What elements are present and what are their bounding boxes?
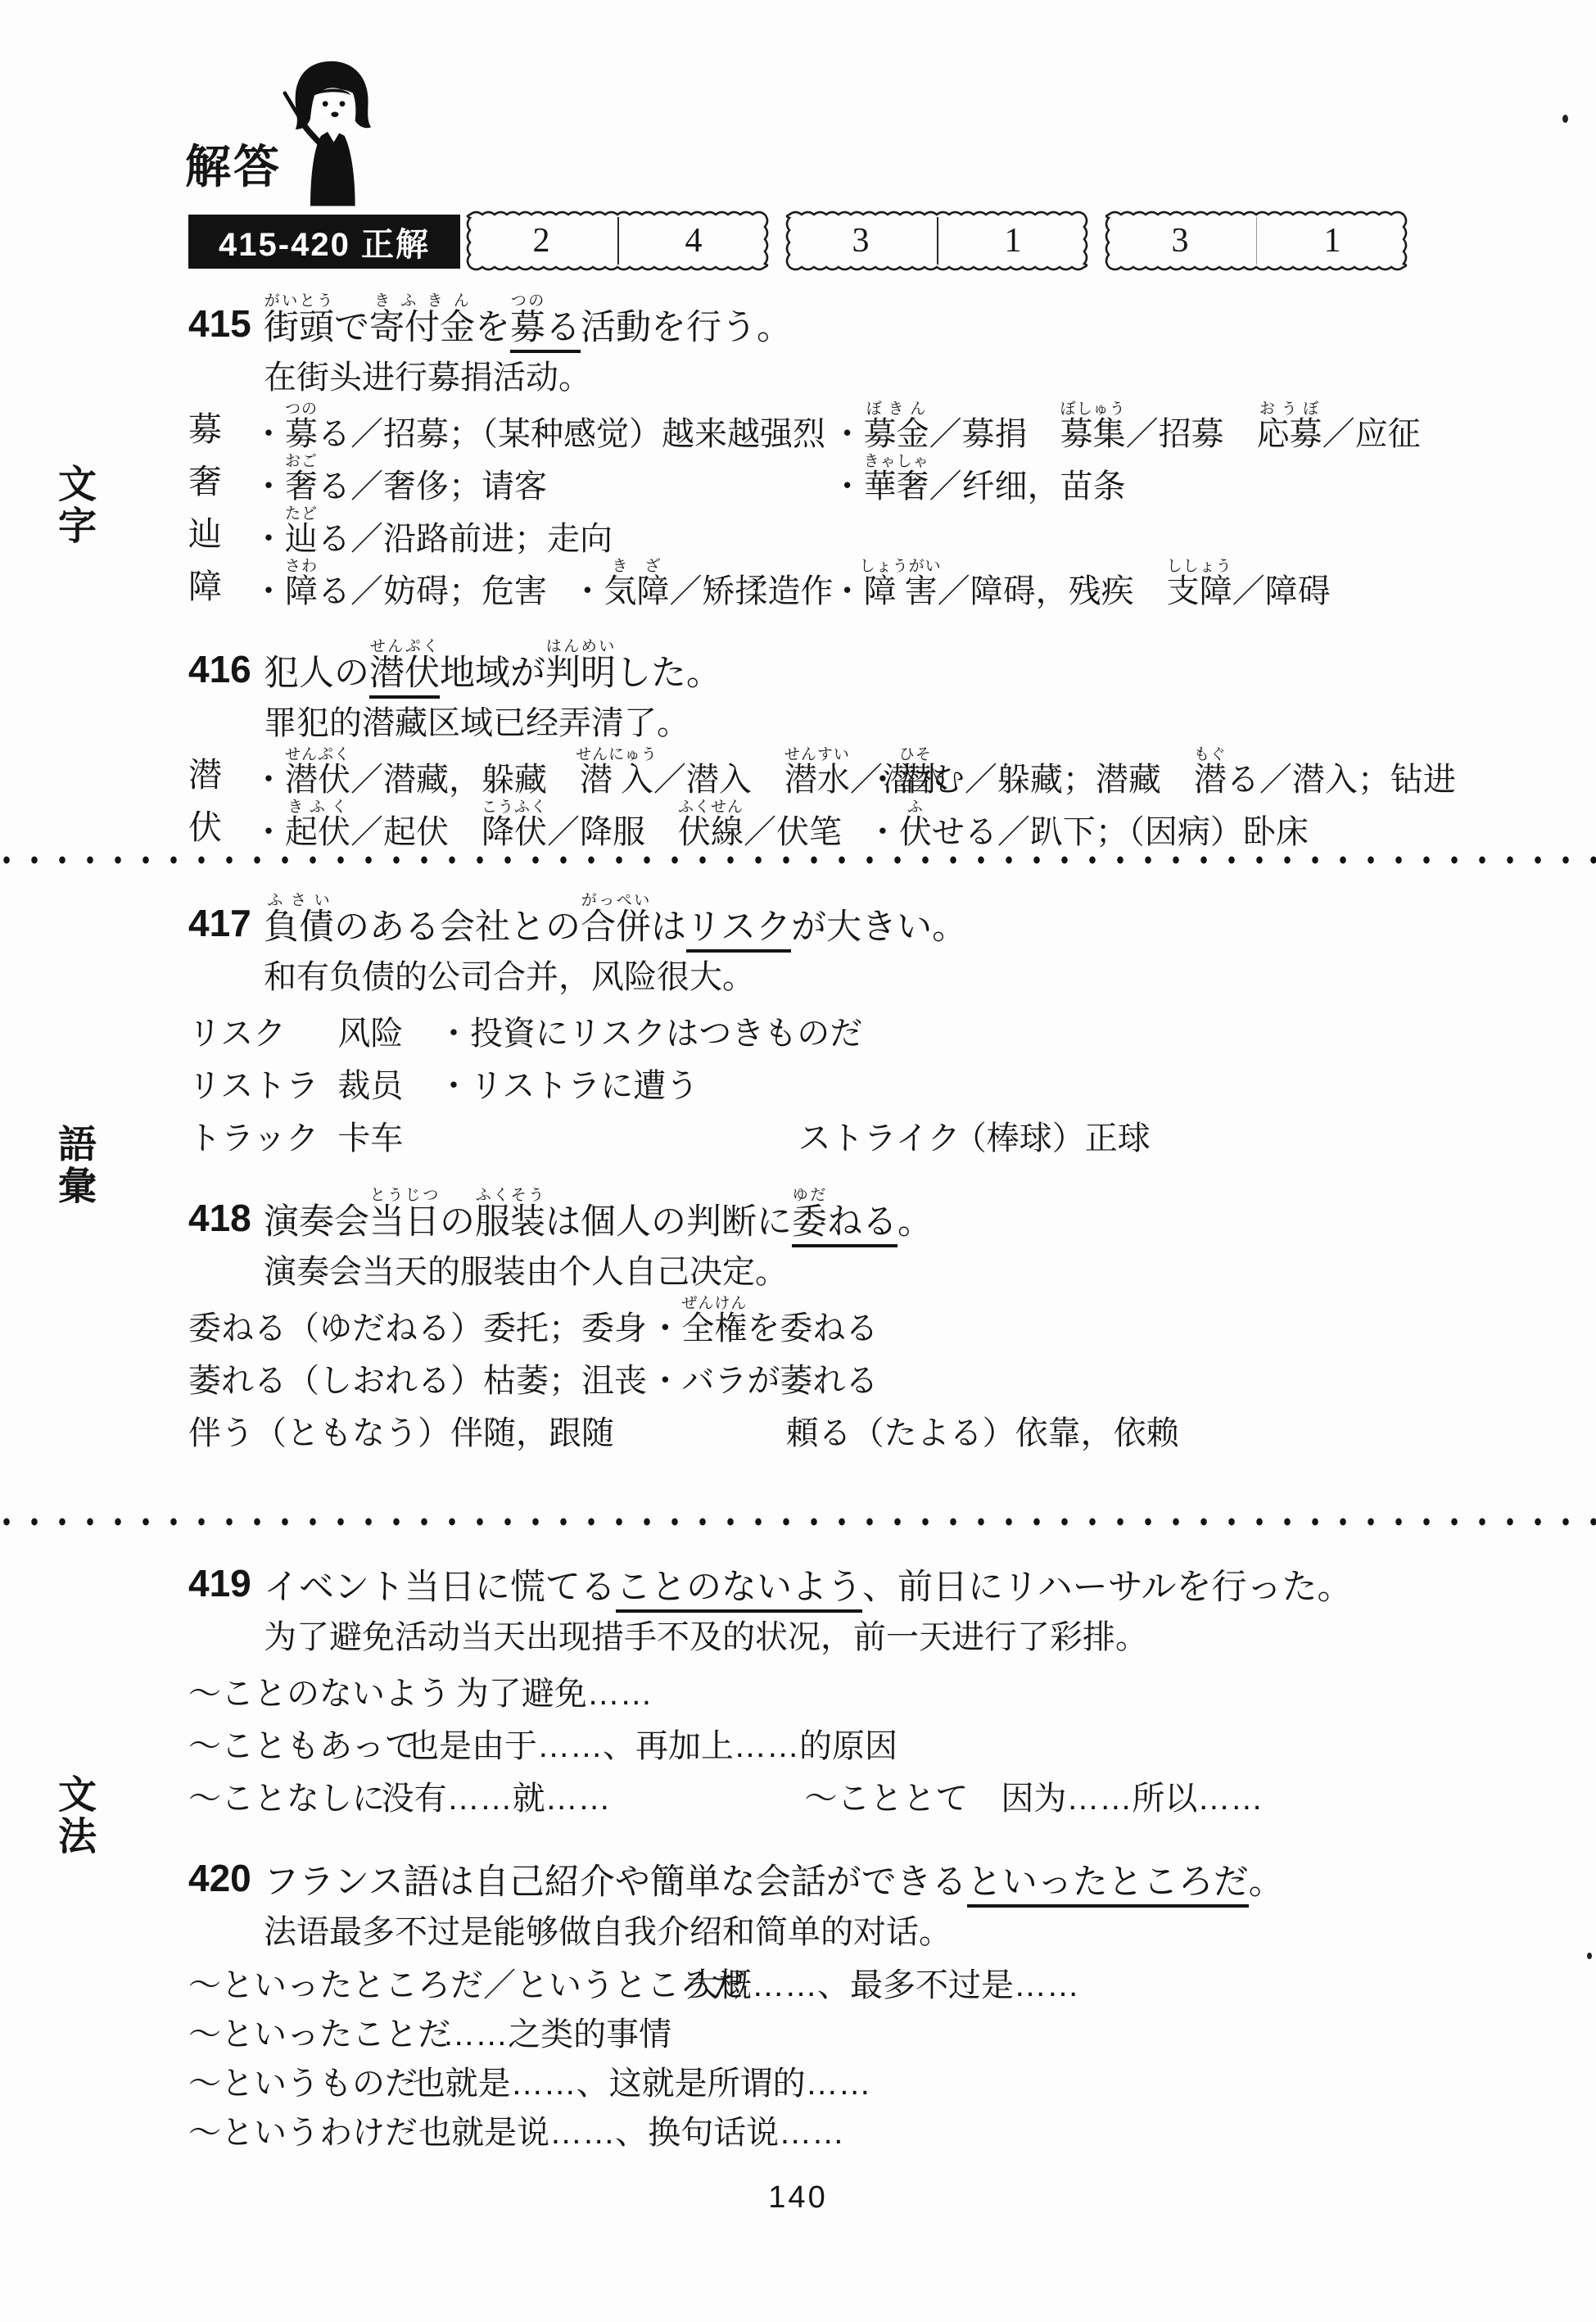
question-sentence-row: 419イベント当日に慌てることのないよう、前日にリハーサルを行った。	[188, 1546, 1433, 1605]
question-block: 416犯人の潜伏せんぷく地域が判明はんめいした。罪犯的潜藏区域已经弄清了。潜・潜…	[188, 632, 1433, 849]
underlined-term: 潜伏せんぷく	[369, 654, 440, 699]
entry-cells: ～こともあって也是由于……、再加上……的原因	[188, 1730, 1433, 1763]
entry-key: 奢	[188, 455, 252, 503]
question-sentence-row: 415街頭がいとうで寄付金きふきんを募つのる活動を行う。	[188, 287, 1433, 346]
entry-line: 奢・奢おごる／奢侈；请客・華奢きゃしゃ／纤细，苗条	[188, 450, 1433, 503]
entry-line: 萎れる（しおれる）枯萎；沮丧・バラが萎れる	[188, 1345, 1433, 1397]
entry-cell: ・募つのる／招募；（某种感觉）越来越强烈	[252, 401, 825, 450]
entry-cells: ～というわけだ也就是说……、换句话说……	[188, 2116, 1433, 2149]
entry-line: 伴う（ともなう）伴随，跟随頼る（たよる）依靠，依赖	[188, 1397, 1433, 1450]
entry-cells: ～ことのないよう为了避免……	[188, 1677, 1433, 1710]
sidebar-label-vocabulary: 語彙	[47, 1124, 102, 1207]
entry-cells: 伴う（ともなう）伴随，跟随頼る（たよる）依靠，依赖	[188, 1417, 1433, 1450]
entry-cell: ～といったところだ／というところだ	[188, 1969, 745, 2002]
question-number: 415	[188, 301, 264, 346]
entry-cell: ～こととて 因为……所以……	[804, 1782, 1263, 1815]
entry-line: リスク风险・投資にリスクはつきものだ	[188, 998, 1433, 1050]
entry-cell: ・潜伏せんぷく／潜藏，躲藏 潜入せんにゅう／潜入 潜水せんすい／潜水	[252, 746, 948, 796]
question-block: 418演奏会当日とうじつの服装ふくそうは個人の判断に委ゆだねる。演奏会当天的服装…	[188, 1181, 1433, 1450]
question-sentence: イベント当日に慌てることのないよう、前日にリハーサルを行った。	[264, 1570, 1353, 1605]
answer-box: 3 1	[1104, 210, 1408, 272]
entry-line: リストラ裁员・リストラに遭う	[188, 1050, 1433, 1102]
entry-key: 障	[188, 559, 252, 608]
entry-line: 募・募つのる／招募；（某种感觉）越来越强烈・募金ぼきん／募捐 募集ぼしゅう／招募…	[188, 398, 1433, 450]
answer-box: 3 1	[784, 210, 1089, 272]
entry-cell: 没有……就……	[382, 1782, 611, 1815]
entry-cell: ～というわけだ	[188, 2116, 418, 2149]
question-sentence: 負債ふさいのある会社との合併がっぺいはリスクが大きい。	[264, 892, 967, 945]
entry-line: 伏・起伏きふく／起伏 降伏こうふく／降服 伏線ふくせん／伏笔・伏ふせる／趴下；（…	[188, 796, 1433, 849]
entry-line: 潜・潜伏せんぷく／潜藏，躲藏 潜入せんにゅう／潜入 潜水せんすい／潜水・潜ひそむ…	[188, 744, 1433, 796]
sidebar-label-grammar: 文法	[47, 1774, 102, 1858]
dotted-separator	[0, 853, 1596, 867]
answer-divider	[1256, 217, 1257, 265]
entry-cells: ・障さわる／妨碍；危害・気障きざ／矫揉造作・障害しょうがい／障碍，残疾 支障しし…	[252, 558, 1433, 608]
entry-cells: ・潜伏せんぷく／潜藏，躲藏 潜入せんにゅう／潜入 潜水せんすい／潜水・潜ひそむ／…	[252, 746, 1433, 796]
entry-line: ～というわけだ也就是说……、换句话说……	[188, 2100, 1433, 2149]
question-translation: 法语最多不过是能够做自我介绍和简单的对话。	[188, 1900, 1433, 1953]
question-translation: 和有负债的公司合并，风险很大。	[188, 945, 1433, 998]
entry-cells: ～といったところだ／というところだ大概……、最多不过是……	[188, 1969, 1433, 2002]
question-sentence: 犯人の潜伏せんぷく地域が判明はんめいした。	[264, 638, 721, 691]
question-number: 417	[188, 901, 264, 945]
question-sentence-row: 418演奏会当日とうじつの服装ふくそうは個人の判断に委ゆだねる。	[188, 1181, 1433, 1240]
answers-header-label: 解答	[185, 131, 282, 197]
underlined-term: といったところだ	[967, 1863, 1249, 1908]
entry-cells: ・募つのる／招募；（某种感觉）越来越强烈・募金ぼきん／募捐 募集ぼしゅう／招募 …	[252, 401, 1433, 450]
entry-cell: ・全権ぜんけんを委ねる	[649, 1295, 878, 1345]
answer-value: 1	[937, 210, 1089, 272]
entry-cell: トラック	[188, 1122, 319, 1155]
entry-cell: 萎れる（しおれる）枯萎；沮丧	[188, 1365, 647, 1397]
question-translation: 为了避免活动当天出现措手不及的状况，前一天进行了彩排。	[188, 1605, 1433, 1658]
answer-value: 2	[465, 210, 617, 272]
entry-line: ～というものだ也就是……、这就是所谓的……	[188, 2051, 1433, 2100]
entry-cell: ・気障きざ／矫揉造作	[571, 558, 833, 608]
entry-cell: ・バラが萎れる	[649, 1365, 878, 1397]
question-sentence-row: 417負債ふさいのある会社との合併がっぺいはリスクが大きい。	[188, 886, 1433, 945]
question-block: 415街頭がいとうで寄付金きふきんを募つのる活動を行う。在街头进行募捐活动。募・…	[188, 287, 1433, 608]
entry-cell: 为了避免……	[456, 1677, 653, 1710]
question-translation: 演奏会当天的服装由个人自己决定。	[188, 1240, 1433, 1292]
underlined-term: ねる	[827, 1202, 897, 1247]
entry-cells: 委ねる（ゆだねる）委托；委身・全権ぜんけんを委ねる	[188, 1312, 1433, 1345]
entry-line: ～ことのないよう为了避免……	[188, 1658, 1433, 1710]
entry-cells: ～といったことだ……之类的事情	[188, 2018, 1433, 2051]
entry-cell: ～といったことだ	[188, 2018, 450, 2051]
scan-speckle	[1562, 115, 1568, 123]
underlined-term: 委ゆだ	[792, 1202, 827, 1247]
entry-cell: ・障さわる／妨碍；危害	[252, 558, 547, 608]
textbook-page: 解答 415-420 正解 2 4 3 1 3 1 文字 語彙	[0, 0, 1596, 2322]
entry-cell: ・辿たどる／沿路前进；走向	[252, 505, 613, 555]
question-sentence: 演奏会当日とうじつの服装ふくそうは個人の判断に委ゆだねる。	[264, 1187, 933, 1240]
answer-range-label: 415-420 正解	[188, 215, 460, 269]
entry-cell: ・リストラに遭う	[437, 1070, 699, 1102]
entry-line: トラック卡车ストライク（棒球）正球	[188, 1102, 1433, 1155]
entry-cell: 大概……、最多不过是……	[686, 1969, 1079, 2002]
page-number: 140	[0, 2180, 1596, 2216]
underlined-term: 募つの	[510, 308, 545, 353]
entry-key: 潜	[188, 748, 252, 796]
entry-line: 障・障さわる／妨碍；危害・気障きざ／矫揉造作・障害しょうがい／障碍，残疾 支障し…	[188, 555, 1433, 608]
entry-cell: ・華奢きゃしゃ／纤细，苗条	[831, 453, 1126, 503]
entry-line: ～といったところだ／というところだ大概……、最多不过是……	[188, 1953, 1433, 2002]
entry-cell: 委ねる（ゆだねる）委托；委身	[188, 1312, 647, 1345]
question-number: 419	[188, 1561, 264, 1605]
question-translation: 罪犯的潜藏区域已经弄清了。	[188, 691, 1433, 744]
entry-cell: 伴う（ともなう）伴随，跟随	[188, 1417, 614, 1450]
entry-cell: ストライク	[798, 1122, 961, 1155]
entry-cells: リストラ裁员・リストラに遭う	[188, 1070, 1433, 1102]
entry-cell: 也是由于……、再加上……的原因	[406, 1730, 897, 1763]
entry-line: 委ねる（ゆだねる）委托；委身・全権ぜんけんを委ねる	[188, 1292, 1433, 1345]
entry-key: 辿	[188, 507, 252, 555]
underlined-term: リスク	[686, 908, 791, 953]
entry-line: 辿・辿たどる／沿路前进；走向	[188, 503, 1433, 555]
entry-cell: ～ことのないよう	[188, 1677, 450, 1710]
question-sentence-row: 416犯人の潜伏せんぷく地域が判明はんめいした。	[188, 632, 1433, 691]
answer-value: 3	[784, 210, 937, 272]
question-block: 420フランス語は自己紹介や簡単な会話ができるといったところだ。法语最多不过是能…	[188, 1841, 1433, 2149]
question-translation: 在街头进行募捐活动。	[188, 346, 1433, 398]
entry-line: ～ことなしに没有……就……～こととて 因为……所以……	[188, 1763, 1433, 1815]
question-block: 419イベント当日に慌てることのないよう、前日にリハーサルを行った。为了避免活动…	[188, 1546, 1433, 1815]
underlined-term: ことのないよう	[616, 1568, 862, 1613]
entry-cell: リストラ	[188, 1070, 319, 1102]
answer-value: 4	[617, 210, 770, 272]
entry-cell: ・投資にリスクはつきものだ	[437, 1017, 862, 1050]
entry-cell: ～ことなしに	[188, 1782, 385, 1815]
entry-cells: ・奢おごる／奢侈；请客・華奢きゃしゃ／纤细，苗条	[252, 453, 1433, 503]
entry-cells: トラック卡车ストライク（棒球）正球	[188, 1122, 1433, 1155]
entry-cell: ～というものだ	[188, 2067, 418, 2100]
answer-value: 3	[1104, 210, 1256, 272]
entry-cells: ・起伏きふく／起伏 降伏こうふく／降服 伏線ふくせん／伏笔・伏ふせる／趴下；（因…	[252, 799, 1433, 849]
entry-cells: リスク风险・投資にリスクはつきものだ	[188, 1017, 1433, 1050]
scan-speckle	[1587, 1953, 1592, 1959]
answer-divider	[617, 217, 619, 265]
question-number: 420	[188, 1856, 264, 1900]
entry-cells: ～というものだ也就是……、这就是所谓的……	[188, 2067, 1433, 2100]
question-sentence: 街頭がいとうで寄付金きふきんを募つのる活動を行う。	[264, 292, 792, 346]
entry-cell: リスク	[188, 1017, 286, 1050]
entry-cells: 萎れる（しおれる）枯萎；沮丧・バラが萎れる	[188, 1365, 1433, 1397]
entry-cell: 頼る（たよる）依靠，依赖	[786, 1417, 1179, 1450]
entry-cell: ～こともあって	[188, 1730, 418, 1763]
entry-cell: （棒球）正球	[954, 1122, 1151, 1155]
answer-value: 1	[1256, 210, 1408, 272]
entry-key: 募	[188, 402, 252, 450]
entry-cell: ・障害しょうがい／障碍，残疾 支障ししょう／障碍	[831, 558, 1331, 608]
entry-cell: ・奢おごる／奢侈；请客	[252, 453, 547, 503]
dotted-separator	[0, 1515, 1596, 1528]
entry-cell: ・起伏きふく／起伏 降伏こうふく／降服 伏線ふくせん／伏笔	[252, 799, 842, 849]
question-sentence-row: 420フランス語は自己紹介や簡単な会話ができるといったところだ。	[188, 1841, 1433, 1900]
question-number: 418	[188, 1196, 264, 1240]
teacher-girl-illustration	[278, 56, 385, 207]
entry-cell: 也就是……、这就是所谓的……	[413, 2067, 871, 2100]
entry-cell: ・伏ふせる／趴下；（因病）卧床	[866, 799, 1309, 849]
answer-divider	[937, 217, 938, 265]
entry-cell: ……之类的事情	[442, 2018, 671, 2051]
entry-cell: 卡车	[337, 1122, 403, 1155]
question-sentence: フランス語は自己紹介や簡単な会話ができるといったところだ。	[264, 1865, 1284, 1900]
entry-key: 伏	[188, 800, 252, 849]
sidebar-label-characters: 文字	[47, 464, 102, 547]
entry-cell: 也就是说……、换句话说……	[418, 2116, 844, 2149]
question-block: 417負債ふさいのある会社との合併がっぺいはリスクが大きい。和有负债的公司合并，…	[188, 886, 1433, 1155]
entry-line: ～こともあって也是由于……、再加上……的原因	[188, 1710, 1433, 1763]
entry-cell: 裁员	[337, 1070, 403, 1102]
entry-cells: ・辿たどる／沿路前进；走向	[252, 505, 1433, 555]
entry-cell: 风险	[337, 1017, 403, 1050]
underlined-term: る	[545, 308, 581, 353]
question-number: 416	[188, 647, 264, 691]
entry-cell: ・募金ぼきん／募捐 募集ぼしゅう／招募 応募おうぼ／应征	[831, 401, 1421, 450]
answer-box: 2 4	[465, 210, 770, 272]
entry-cell: ・潜ひそむ／躲藏；潜藏 潜もぐる／潜入；钻进	[866, 746, 1456, 796]
entry-line: ～といったことだ……之类的事情	[188, 2002, 1433, 2051]
entry-cells: ～ことなしに没有……就……～こととて 因为……所以……	[188, 1782, 1433, 1815]
